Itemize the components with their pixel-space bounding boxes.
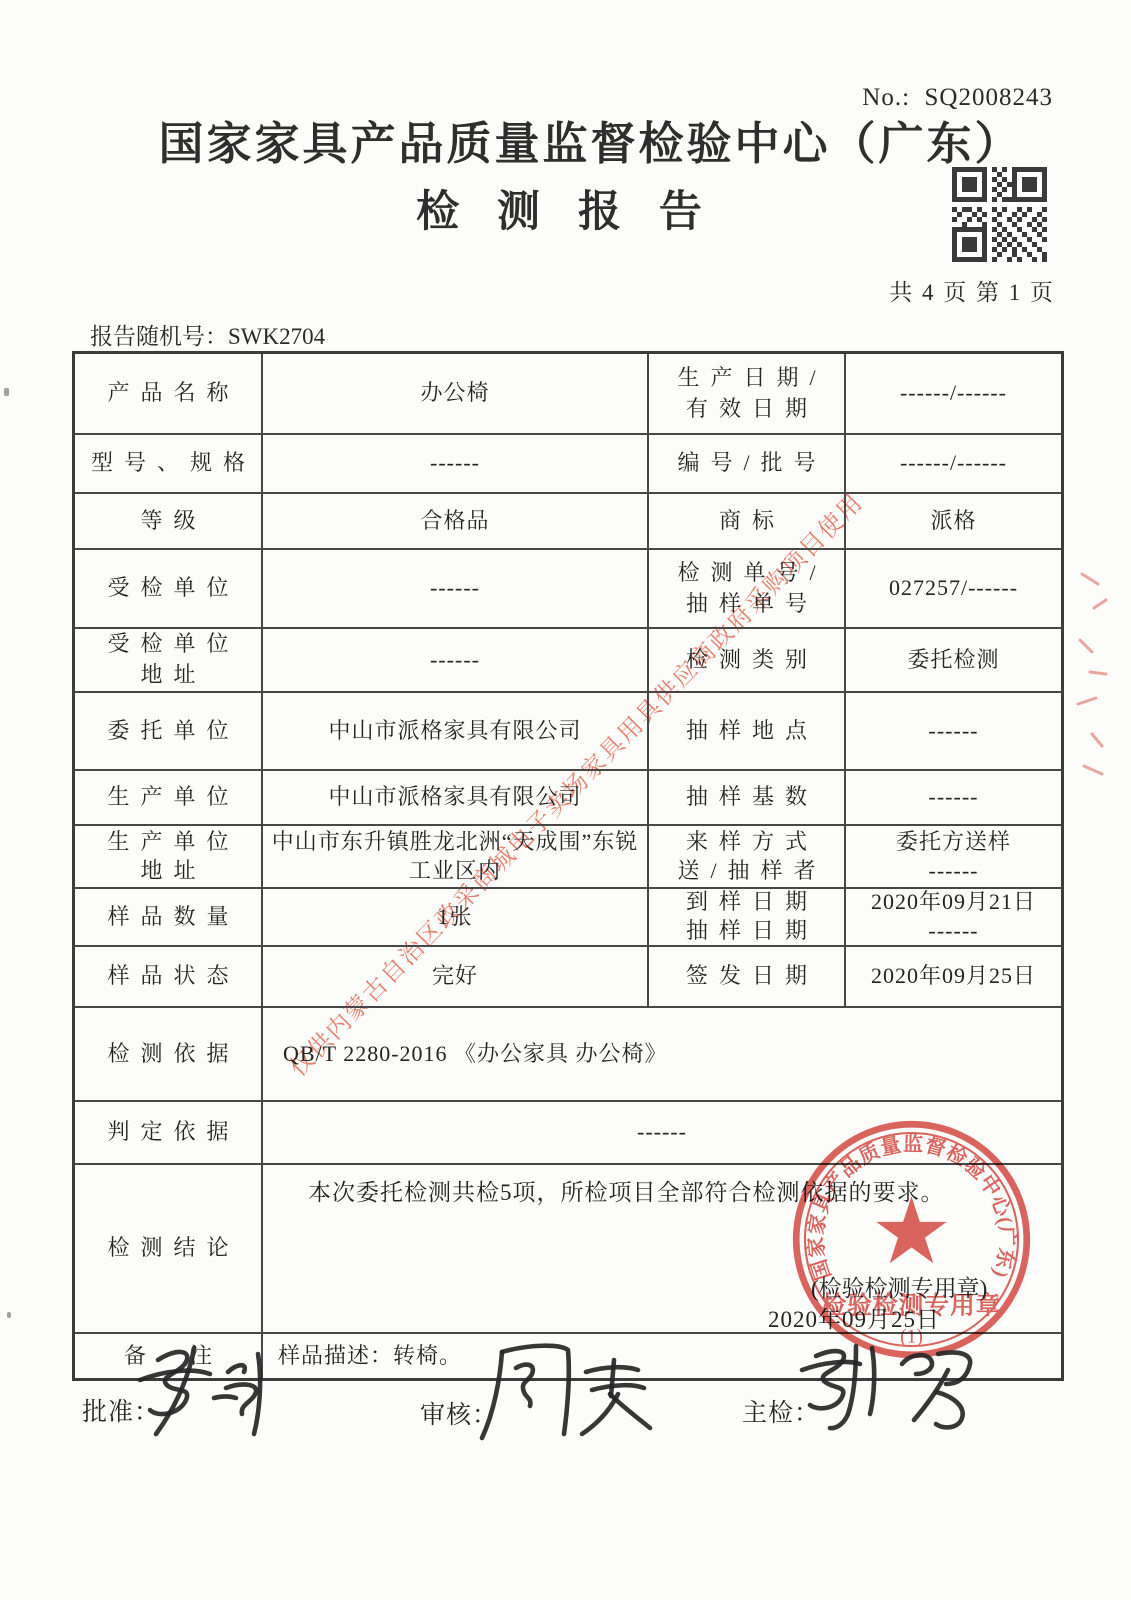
- test-conclusion-label: 检测结论: [75, 1165, 261, 1332]
- table-row: 受检单位地址 ------ 检测类别 委托检测: [75, 627, 1061, 691]
- table-row: 生产单位 中山市派格家具有限公司 抽样基数 ------: [75, 769, 1061, 824]
- star-icon: [876, 1196, 946, 1263]
- production-date-label: 生产日期/有效日期: [647, 354, 844, 433]
- table-row: 型号、规格 ------ 编号/批号 ------/------: [75, 433, 1061, 492]
- sampling-place-label: 抽样地点: [647, 693, 844, 769]
- production-unit-label: 生产单位: [75, 771, 261, 824]
- table-row: 检测依据 QB/T 2280-2016 《办公家具 办公椅》: [75, 1006, 1061, 1100]
- report-random-number-value: SWK2704: [228, 324, 325, 349]
- sample-delivery-value: 委托方送样------: [844, 826, 1061, 887]
- inspected-unit-address-label: 受检单位地址: [75, 629, 261, 691]
- table-row: 样品数量 1张 到样日期抽样日期 2020年09月21日------: [75, 887, 1061, 945]
- inspected-unit-label: 受检单位: [75, 550, 261, 627]
- seal-inner-text: 检验检测专用章: [821, 1291, 1001, 1320]
- inspected-unit-value: ------: [261, 550, 647, 627]
- arrival-date-value: 2020年09月21日------: [844, 889, 1061, 945]
- table-row: 生产单位地址 中山市东升镇胜龙北洲“天成围”东锐工业区内 来样方式送/抽样者 委…: [75, 824, 1061, 887]
- report-random-number-label: 报告随机号：: [90, 324, 228, 349]
- judgment-basis-label: 判定依据: [75, 1102, 261, 1163]
- qr-code-icon: [952, 167, 1047, 262]
- grade-value: 合格品: [261, 494, 647, 548]
- official-seal: 国家家具产品质量监督检验中心(广东) 检验检测专用章 (1): [788, 1116, 1035, 1363]
- arrival-date-label: 到样日期抽样日期: [647, 889, 844, 945]
- sample-quantity-value: 1张: [261, 889, 647, 945]
- table-row: 受检单位 ------ 检测单号/抽样单号 027257/------: [75, 548, 1061, 627]
- test-basis-value: QB/T 2280-2016 《办公家具 办公椅》: [261, 1008, 1061, 1100]
- review-signature: [468, 1334, 668, 1446]
- partial-stamp-fragment-icon: [1064, 566, 1128, 798]
- sample-status-value: 完好: [261, 947, 647, 1006]
- sampling-base-label: 抽样基数: [647, 771, 844, 824]
- inspected-unit-address-value: ------: [261, 629, 647, 691]
- test-category-label: 检测类别: [647, 629, 844, 691]
- table-row: 委托单位 中山市派格家具有限公司 抽样地点 ------: [75, 691, 1061, 769]
- issue-date-value: 2020年09月25日: [844, 947, 1061, 1006]
- page-title: 国家家具产品质量监督检验中心（广东）: [50, 107, 1131, 172]
- issue-date-label: 签发日期: [647, 947, 844, 1006]
- report-random-number: 报告随机号：SWK2704: [90, 318, 325, 351]
- sampling-base-value: ------: [844, 771, 1061, 824]
- scan-speck: [4, 388, 9, 396]
- test-basis-label: 检测依据: [75, 1008, 261, 1100]
- production-unit-address-value: 中山市东升镇胜龙北洲“天成围”东锐工业区内: [261, 826, 647, 887]
- production-unit-value: 中山市派格家具有限公司: [261, 771, 647, 824]
- batch-no-label: 编号/批号: [647, 435, 844, 492]
- table-row: 等级 合格品 商标 派格: [75, 492, 1061, 548]
- scan-speck: [7, 1312, 11, 1318]
- sample-quantity-label: 样品数量: [75, 889, 261, 945]
- trademark-value: 派格: [844, 494, 1061, 548]
- table-row: 产品名称 办公椅 生产日期/有效日期 ------/------: [75, 354, 1061, 433]
- sample-status-label: 样品状态: [75, 947, 261, 1006]
- production-unit-address-label: 生产单位地址: [75, 826, 261, 887]
- batch-no-value: ------/------: [844, 435, 1061, 492]
- page-count: 共 4 页 第 1 页: [0, 274, 1055, 307]
- product-name-label: 产品名称: [75, 354, 261, 433]
- sample-delivery-label: 来样方式送/抽样者: [647, 826, 844, 887]
- approve-signature: [130, 1338, 320, 1438]
- product-name-value: 办公椅: [261, 354, 647, 433]
- test-order-no-value: 027257/------: [844, 550, 1061, 627]
- inspection-report-page: No.: SQ2008243 国家家具产品质量监督检验中心（广东） 检 测 报 …: [0, 0, 1131, 1600]
- production-date-value: ------/------: [844, 354, 1061, 433]
- table-row: 样品状态 完好 签发日期 2020年09月25日: [75, 945, 1061, 1006]
- entrusting-unit-value: 中山市派格家具有限公司: [261, 693, 647, 769]
- entrusting-unit-label: 委托单位: [75, 693, 261, 769]
- model-spec-value: ------: [261, 435, 647, 492]
- trademark-label: 商标: [647, 494, 844, 548]
- test-category-value: 委托检测: [844, 629, 1061, 691]
- sampling-place-value: ------: [844, 693, 1061, 769]
- model-spec-label: 型号、规格: [75, 435, 261, 492]
- chief-inspector-signature: [790, 1336, 990, 1436]
- test-order-no-label: 检测单号/抽样单号: [647, 550, 844, 627]
- grade-label: 等级: [75, 494, 261, 548]
